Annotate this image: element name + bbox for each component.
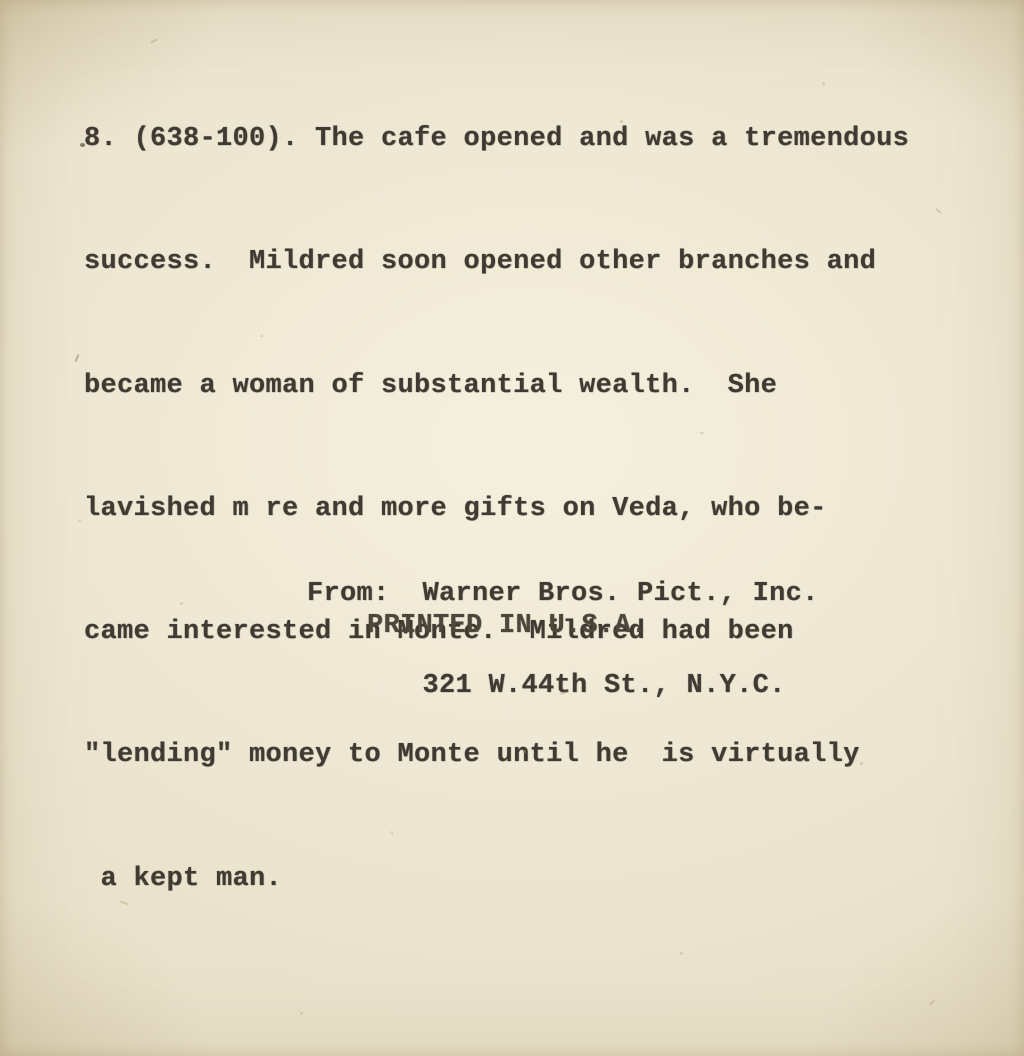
from-line: From: Warner Bros. Pict., Inc. [307,579,819,611]
paper-fiber [74,354,79,362]
paper-speck [300,1012,303,1015]
caption-line-3: became a woman of substantial wealth. Sh… [84,371,909,434]
paper-fiber [928,1000,934,1006]
caption-line-1: 8. (638-100). The cafe opened and was a … [84,124,909,187]
caption-line-2: success. Mildred soon opened other branc… [84,247,909,310]
caption-line-7: a kept man. [84,864,909,927]
photo-caption-card: 8. (638-100). The cafe opened and was a … [0,0,1024,1056]
paper-fiber [150,38,158,43]
paper-speck [78,520,81,522]
distributor-block: From: Warner Bros. Pict., Inc. 321 W.44t… [307,519,819,764]
printed-in-usa-line: PRINTED IN U.S.A. [367,611,648,641]
address-line: 321 W.44th St., N.Y.C. [307,671,819,703]
paper-fiber [935,208,941,214]
